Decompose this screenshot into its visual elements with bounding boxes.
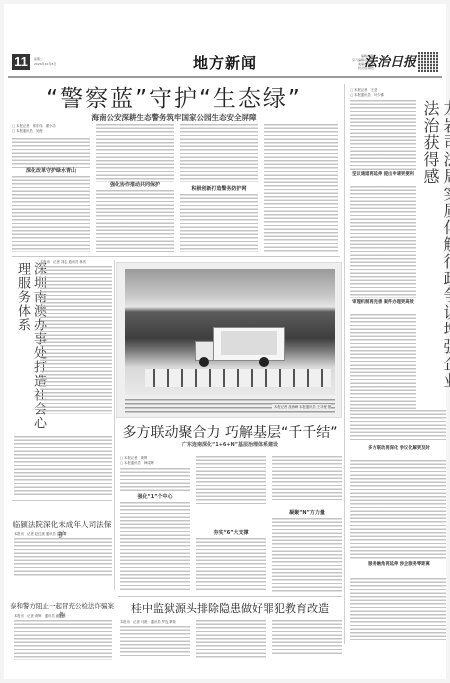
lead-subhead-3: 积极创新打造警务防护网 — [180, 186, 258, 193]
news-photo-box: 本报记者 战海峰 本报通讯员 王寻俊 摄 — [116, 262, 342, 418]
header-divider — [8, 76, 442, 78]
right-body-5 — [350, 460, 446, 560]
lead-body-col4 — [264, 124, 338, 252]
right-column-divider — [344, 84, 345, 644]
lead-body-col3 — [180, 124, 258, 182]
center-body-col1 — [120, 468, 190, 492]
center-body-col2b — [196, 538, 266, 592]
photo-credit: 本报记者 战海峰 本报通讯员 王寻俊 摄 — [272, 404, 331, 409]
wheel-shape — [259, 357, 269, 367]
right-body-1 — [350, 100, 416, 170]
truck-banner-shape — [221, 331, 277, 355]
left-vertical-byline: 本报讯 记者 刘志 通讯员 林晋 — [40, 260, 112, 265]
bottom-center-col2 — [196, 620, 266, 658]
lead-body-col2b — [96, 190, 174, 252]
right-vertical-headline[interactable]: 龙岩司法局实质化解行政争议增强企业法治获得感 — [420, 100, 450, 400]
newspaper-page: 11 星期二 2024年10月8日 地方新闻 编辑/李静 见习编辑/江美瑛 美编… — [4, 4, 446, 679]
lead-byline: □ 本报记者 邢东伟 翟小功 □ 本报通讯员 吴俊 — [12, 124, 92, 134]
center-headline[interactable]: 多方联动聚合力 巧解基层“千千结” — [118, 424, 342, 442]
page-header: 11 星期二 2024年10月8日 地方新闻 编辑/李静 见习编辑/江美瑛 美编… — [8, 52, 442, 76]
left-mid-divider — [12, 500, 112, 501]
right-subhead-4: 服务触角再延伸 涉企服务零距离 — [354, 562, 444, 568]
lead-body-col2 — [96, 124, 174, 182]
right-body-4 — [350, 410, 446, 442]
center-subhead-3: 凝聚“N”方力量 — [272, 510, 342, 517]
wheel-shape — [199, 357, 209, 367]
left-bottom-byline: 本报讯 记者 黄辉 通讯员 潘建强 — [14, 614, 112, 619]
left-column-divider — [114, 260, 115, 590]
center-byline: □ 本报记者 黄辉 □ 本报通讯员 韩成辉 — [120, 456, 192, 466]
lead-body-col3b — [180, 194, 258, 252]
left-mid-body — [14, 538, 112, 576]
center-bottom-divider — [118, 596, 342, 597]
qr-code-icon[interactable] — [418, 52, 438, 72]
lead-subheadline: 海南公安深耕生态警务筑牢国家公园生态安全屏障 — [64, 113, 284, 123]
students-shape — [145, 369, 331, 387]
lead-subhead-1: 深化改革守护绿水青山 — [12, 168, 90, 175]
lead-bottom-divider — [12, 256, 340, 257]
lead-body-col1b — [12, 176, 90, 252]
masthead-logo: 法治日报 — [364, 52, 416, 74]
left-vertical-body — [40, 266, 112, 414]
left-bottom-body — [14, 620, 112, 660]
bottom-center-byline: 本报讯 记者 马艳 通讯员 罗连 覃炫 — [120, 620, 190, 625]
left-mid-headline[interactable]: 临颍法院深化未成年人司法保护 — [10, 520, 114, 540]
bottom-center-col3 — [272, 620, 342, 656]
center-subhead-1: 强化“1”个中心 — [120, 494, 190, 501]
left-vertical-body-wide — [14, 436, 112, 496]
bottom-center-col1 — [120, 626, 190, 656]
right-subhead-1: 坚议通道再延伸 提出申请更便利 — [350, 172, 416, 178]
center-body-col3 — [272, 456, 342, 500]
right-body-3 — [350, 314, 416, 410]
bottom-center-headline[interactable]: 桂中监狱源头排除隐患做好罪犯教育改造 — [118, 602, 342, 616]
right-subhead-3: 多方联动再深化 争议化解更及时 — [354, 446, 444, 452]
news-photo[interactable] — [125, 269, 335, 395]
right-body-2 — [350, 186, 416, 298]
right-body-6 — [350, 578, 446, 640]
lead-headline[interactable]: “警察蓝”守护“生态绿” — [44, 86, 304, 112]
right-subhead-2: 审理机制再完善 案件办理更高效 — [350, 300, 416, 306]
center-subhead-2: 夯实“6”大支撑 — [196, 530, 266, 537]
center-body-col2 — [196, 456, 266, 504]
center-body-col1b — [120, 502, 190, 592]
center-subheadline: 广东连南深化“1+6+N”基层治理体系建设 — [134, 442, 326, 449]
lead-subhead-2: 强化协作推动共同保护 — [96, 182, 174, 189]
center-body-col3b — [272, 518, 342, 592]
left-mid-byline: 本报讯 记者 赵红旗 通讯员 雷亚菲 — [14, 532, 112, 537]
right-byline: □ 本报记者 王莹 □ 本报通讯员 叶少佛 — [350, 88, 420, 98]
lead-body-col1 — [12, 138, 90, 168]
